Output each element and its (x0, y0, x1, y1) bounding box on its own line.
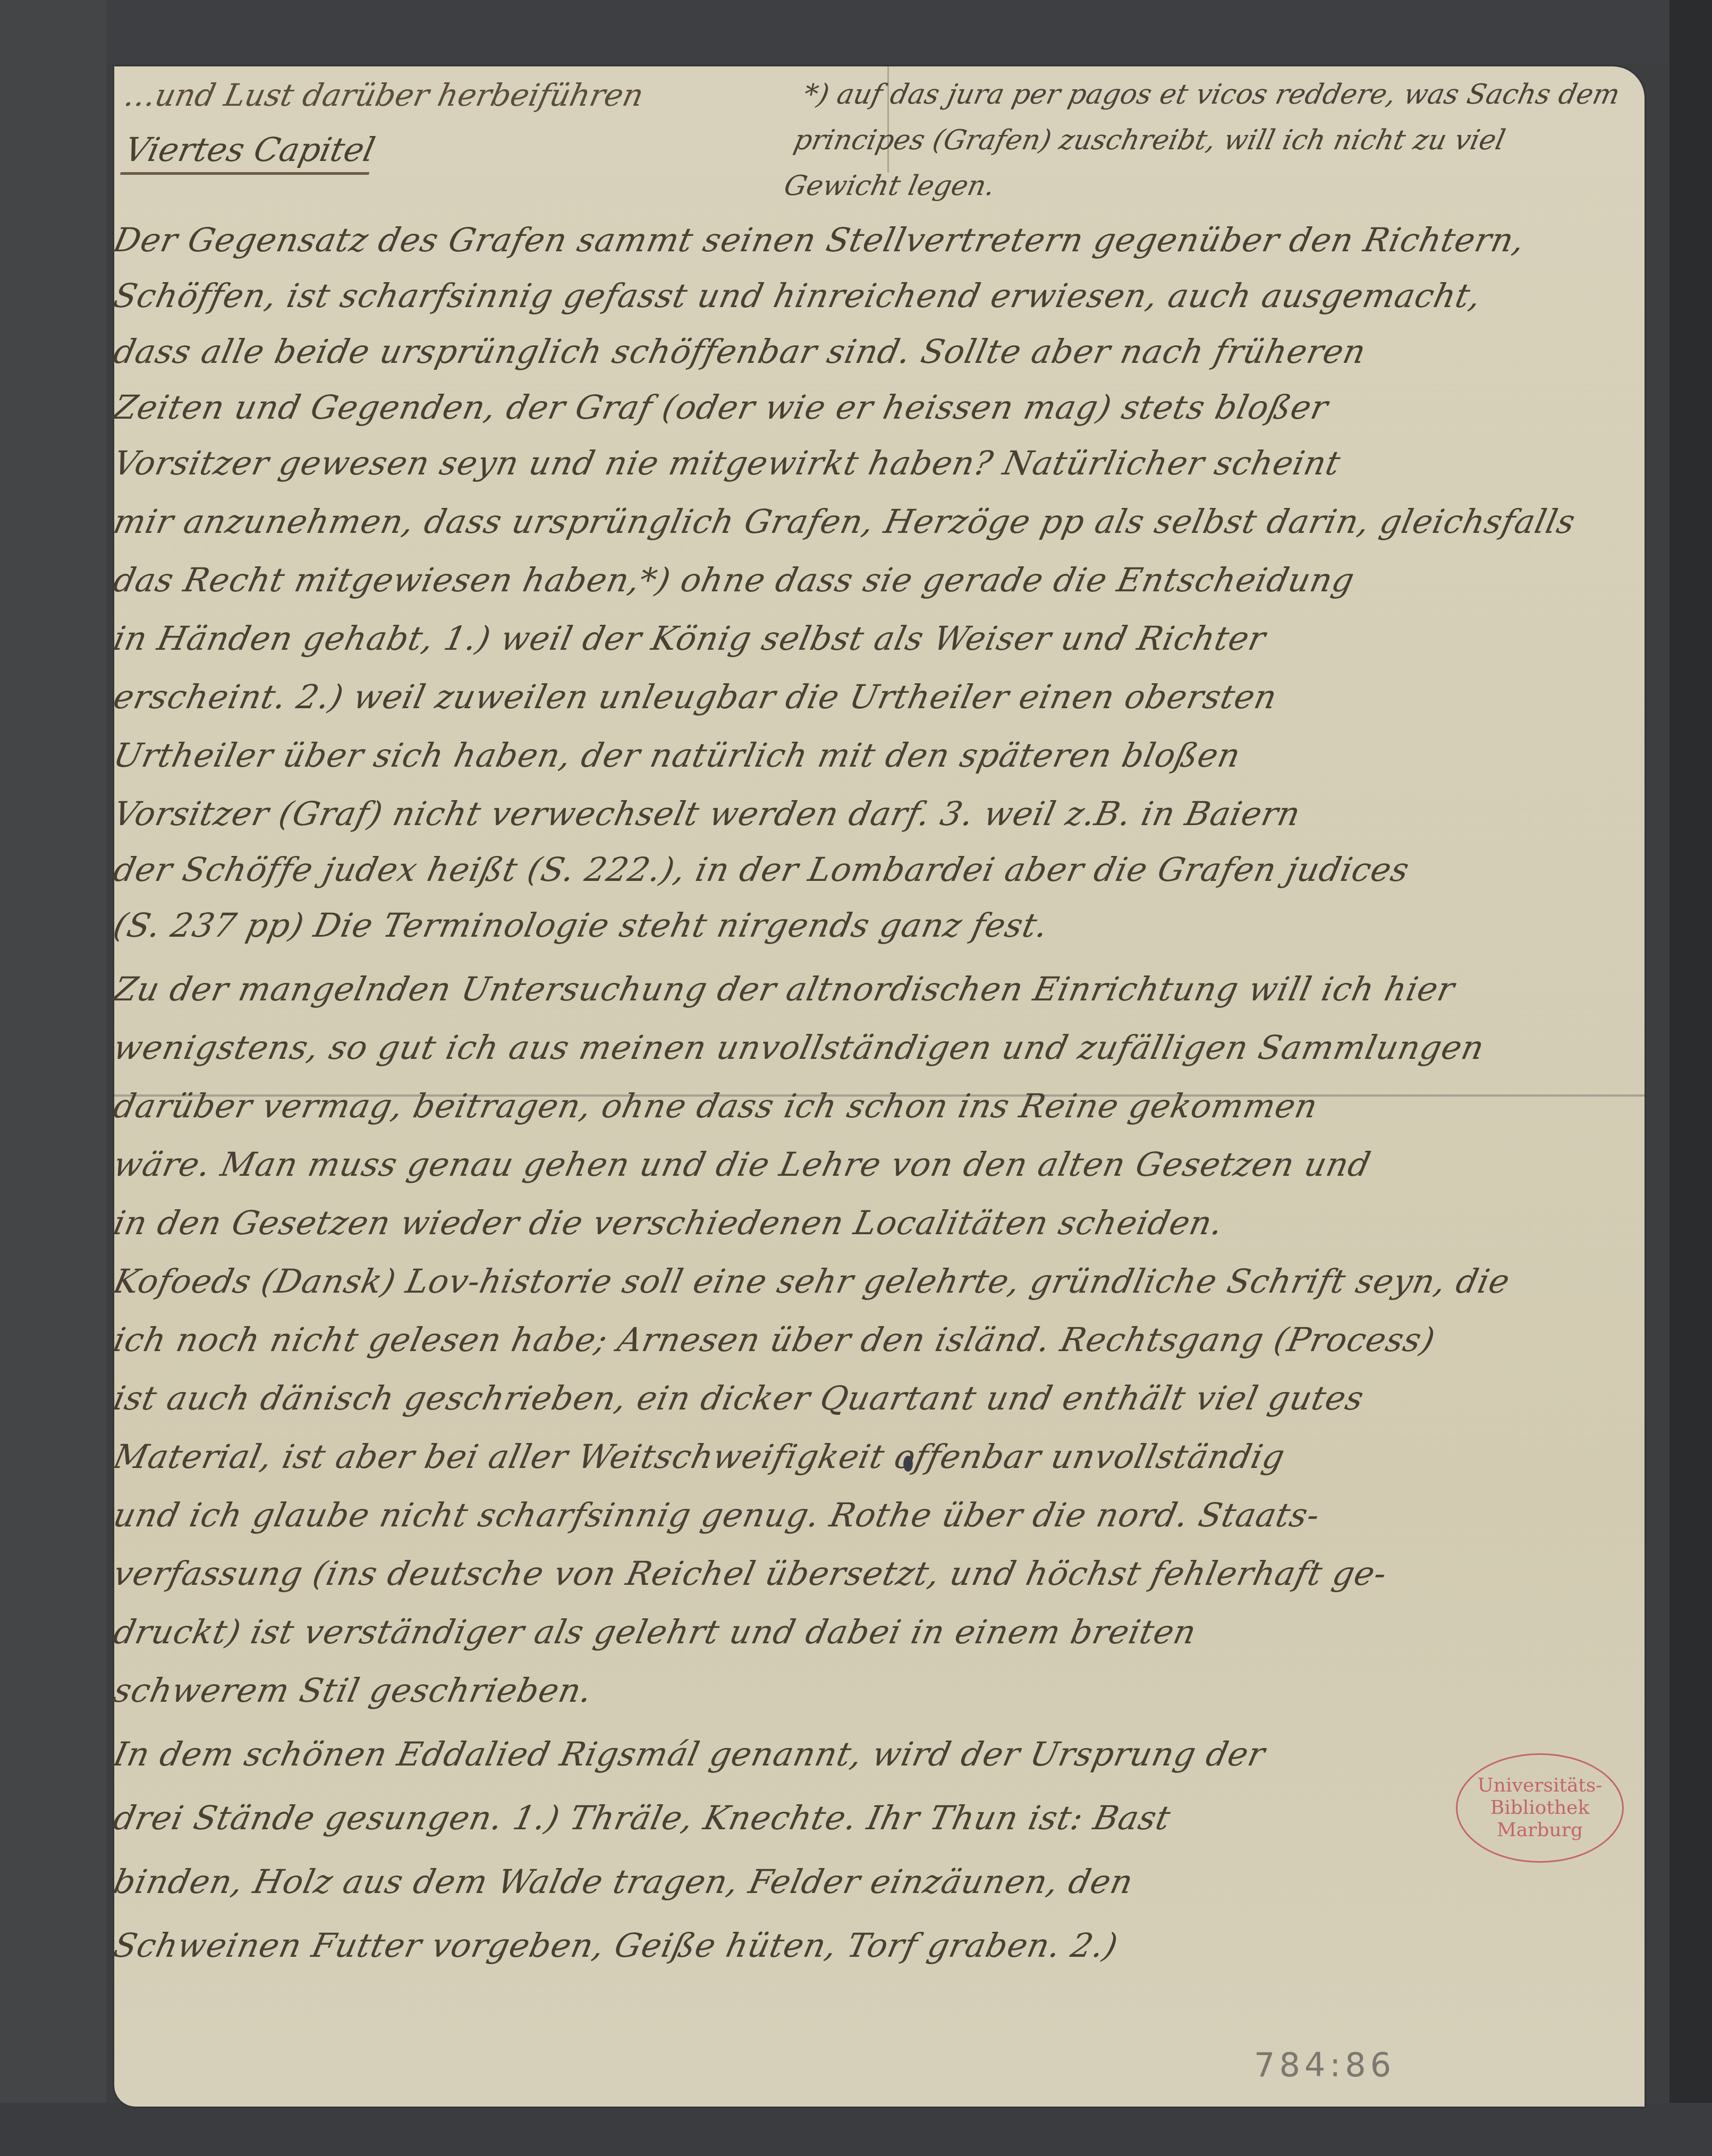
text-line: Schöffen, ist scharfsinnig gefasst und h… (110, 276, 1649, 315)
mount-border-top (0, 0, 1712, 64)
text-line: in den Gesetzen wieder die verschiedenen… (110, 1203, 1649, 1242)
stamp-line: Bibliothek (1490, 1797, 1590, 1819)
text-line: Material, ist aber bei aller Weitschweif… (110, 1437, 1649, 1476)
text-line: darüber vermag, beitragen, ohne dass ich… (110, 1087, 1649, 1125)
text-line: In dem schönen Eddalied Rigsmál genannt,… (110, 1735, 1649, 1773)
text-line: Zu der mangelnden Untersuchung der altno… (110, 970, 1649, 1008)
text-line: wäre. Man muss genau gehen und die Lehre… (110, 1145, 1649, 1184)
chapter-title: Viertes Capitel (120, 130, 378, 175)
text-line: (S. 237 pp) Die Terminologie steht nirge… (110, 906, 1649, 945)
ink-blot (903, 1456, 913, 1472)
text-line: dass alle beide ursprünglich schöffenbar… (110, 332, 1649, 371)
text-line: Kofoeds (Dansk) Lov-historie soll eine s… (110, 1262, 1649, 1301)
text-line: verfassung (ins deutsche von Reichel übe… (110, 1554, 1649, 1593)
text-line: binden, Holz aus dem Walde tragen, Felde… (110, 1862, 1649, 1901)
text-line: ist auch dänisch geschrieben, ein dicker… (110, 1379, 1649, 1417)
text-line: Der Gegensatz des Grafen sammt seinen St… (110, 220, 1649, 259)
text-line: wenigstens, so gut ich aus meinen unvoll… (110, 1028, 1649, 1067)
mount-border-bottom (0, 2103, 1712, 2156)
text-line: Vorsitzer (Graf) nicht verwechselt werde… (110, 794, 1649, 833)
text-line: ich noch nicht gelesen habe; Arnesen übe… (110, 1320, 1649, 1359)
text-line: Zeiten und Gegenden, der Graf (oder wie … (110, 388, 1649, 427)
text-line: Schweinen Futter vorgeben, Geiße hüten, … (110, 1926, 1649, 1965)
library-stamp: Universitäts- Bibliothek Marburg (1456, 1753, 1624, 1863)
text-line: schwerem Stil geschrieben. (110, 1671, 1649, 1710)
stamp-line: Marburg (1497, 1819, 1583, 1841)
footnote: *) auf das jura per pagos et vicos redde… (780, 72, 1628, 209)
text-line: Vorsitzer gewesen seyn und nie mitgewirk… (110, 444, 1649, 482)
text-line: der Schöffe judex heißt (S. 222.), in de… (110, 850, 1649, 889)
mount-border-left (0, 0, 106, 2156)
stamp-line: Universitäts- (1478, 1775, 1603, 1797)
text-line: erscheint. 2.) weil zuweilen unleugbar d… (110, 677, 1649, 716)
shelfmark: 784:86 (1254, 2045, 1395, 2084)
mount-border-right (1669, 0, 1712, 2156)
manuscript-page: …und Lust darüber herbeiführen Viertes C… (114, 66, 1645, 2107)
text-line: druckt) ist verständiger als gelehrt und… (110, 1612, 1649, 1651)
text-line: das Recht mitgewiesen haben,*) ohne dass… (110, 561, 1649, 599)
text-line: mir anzunehmen, dass ursprünglich Grafen… (110, 502, 1649, 541)
text-line: drei Stände gesungen. 1.) Thräle, Knecht… (110, 1798, 1649, 1837)
text-line: in Händen gehabt, 1.) weil der König sel… (110, 619, 1649, 658)
text-line: und ich glaube nicht scharfsinnig genug.… (110, 1496, 1649, 1534)
header-note: …und Lust darüber herbeiführen (121, 77, 647, 113)
text-line: Urtheiler über sich haben, der natürlich… (110, 736, 1649, 775)
